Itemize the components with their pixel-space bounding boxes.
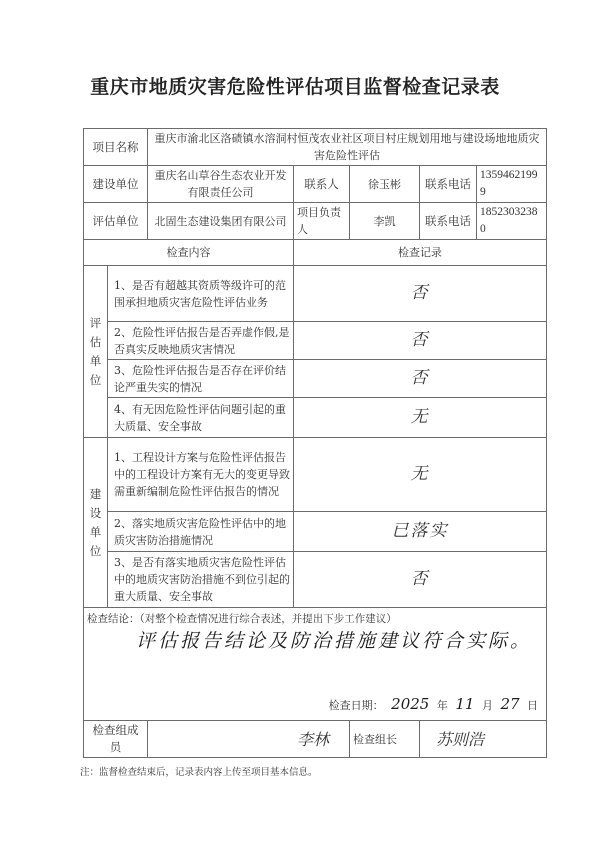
check-item-record: 否 bbox=[294, 266, 547, 322]
assessment-unit-value: 北固生态建设集团有限公司 bbox=[148, 203, 294, 240]
section-label-text: 建设单位 bbox=[90, 485, 102, 561]
document-title: 重庆市地质灾害危险性评估项目监督检查记录表 bbox=[0, 72, 590, 99]
check-item-row: 3、是否有落实地质灾害危险性评估中的地质灾害防治措施不到位引起的重大质量、安全事… bbox=[84, 552, 547, 608]
project-lead-label: 项目负责人 bbox=[294, 203, 350, 240]
date-year-unit: 年 bbox=[437, 699, 448, 712]
date-label: 检查日期： bbox=[329, 699, 384, 712]
members-signature: 李林 bbox=[148, 721, 350, 758]
check-item-content: 3、是否有落实地质灾害危险性评估中的地质灾害防治措施不到位引起的重大质量、安全事… bbox=[108, 552, 294, 608]
construction-phone-label: 联系电话 bbox=[420, 166, 477, 203]
check-item-content: 1、是否有超越其资质等级许可的范围承担地质灾害危险性评估业务 bbox=[108, 266, 294, 322]
conclusion-prompt: 检查结论：（对整个检查情况进行综合表述，并提出下步工作建议） bbox=[87, 611, 397, 628]
leader-label: 检查组长 bbox=[350, 721, 420, 758]
inspection-record-table: 项目名称 重庆市渝北区洛碛镇水溶洞村恒茂农业社区项目村庄规划用地与建设场地地质灾… bbox=[83, 128, 547, 758]
construction-unit-label: 建设单位 bbox=[84, 166, 148, 203]
date-month-unit: 月 bbox=[482, 699, 493, 712]
check-item-row: 评估单位 1、是否有超越其资质等级许可的范围承担地质灾害危险性评估业务 否 bbox=[84, 266, 547, 322]
construction-phone-value: 13594621999 bbox=[477, 166, 547, 203]
check-header-row: 检查内容 检查记录 bbox=[84, 240, 547, 266]
assessment-phone-label: 联系电话 bbox=[420, 203, 477, 240]
project-name-row: 项目名称 重庆市渝北区洛碛镇水溶洞村恒茂农业社区项目村庄规划用地与建设场地地质灾… bbox=[84, 129, 547, 166]
check-item-content: 2、危险性评估报告是否弄虚作假,是否真实反映地质灾害情况 bbox=[108, 322, 294, 360]
check-item-record: 否 bbox=[294, 322, 547, 360]
contact-person-value: 徐玉彬 bbox=[350, 166, 420, 203]
check-item-content: 2、落实地质灾害危险性评估中的地质灾害防治措施情况 bbox=[108, 512, 294, 552]
check-item-record: 已落实 bbox=[294, 512, 547, 552]
signature-row: 检查组成员 李林 检查组长 苏则浩 bbox=[84, 721, 547, 758]
check-item-record: 无 bbox=[294, 438, 547, 512]
check-item-row: 4、有无因危险性评估问题引起的重大质量、安全事故 无 bbox=[84, 398, 547, 438]
check-item-record: 无 bbox=[294, 398, 547, 438]
date-month: 11 bbox=[455, 695, 474, 713]
conclusion-handwritten-text: 评估报告结论及防治措施建议符合实际。 bbox=[136, 633, 532, 650]
construction-unit-value: 重庆名山草谷生态农业开发有限责任公司 bbox=[148, 166, 294, 203]
assessment-unit-row: 评估单位 北固生态建设集团有限公司 项目负责人 李凯 联系电话 18523032… bbox=[84, 203, 547, 240]
assessment-unit-label: 评估单位 bbox=[84, 203, 148, 240]
section-label-construction: 建设单位 bbox=[84, 438, 108, 608]
footnote: 注：监督检查结束后，记录表内容上传至项目基本信息。 bbox=[80, 764, 318, 778]
check-item-row: 2、落实地质灾害危险性评估中的地质灾害防治措施情况 已落实 bbox=[84, 512, 547, 552]
construction-unit-row: 建设单位 重庆名山草谷生态农业开发有限责任公司 联系人 徐玉彬 联系电话 135… bbox=[84, 166, 547, 203]
check-item-record: 否 bbox=[294, 360, 547, 398]
section-label-assessment: 评估单位 bbox=[84, 266, 108, 438]
check-item-content: 3、危险性评估报告是否存在评价结论严重失实的情况 bbox=[108, 360, 294, 398]
check-item-row: 2、危险性评估报告是否弄虚作假,是否真实反映地质灾害情况 否 bbox=[84, 322, 547, 360]
leader-signature: 苏则浩 bbox=[420, 721, 547, 758]
date-day: 27 bbox=[500, 695, 519, 713]
check-item-content: 4、有无因危险性评估问题引起的重大质量、安全事故 bbox=[108, 398, 294, 438]
conclusion-row: 检查结论：（对整个检查情况进行综合表述，并提出下步工作建议） 评估报告结论及防治… bbox=[84, 608, 547, 721]
inspection-date: 检查日期： 2025 年 11 月 27 日 bbox=[329, 696, 538, 714]
project-name-value: 重庆市渝北区洛碛镇水溶洞村恒茂农业社区项目村庄规划用地与建设场地地质灾害危险性评… bbox=[148, 129, 547, 166]
check-item-row: 3、危险性评估报告是否存在评价结论严重失实的情况 否 bbox=[84, 360, 547, 398]
check-item-content: 1、工程设计方案与危险性评估报告中的工程设计方案有无大的变更导致需重新编制危险性… bbox=[108, 438, 294, 512]
check-content-header: 检查内容 bbox=[84, 240, 294, 266]
members-label: 检查组成员 bbox=[84, 721, 148, 758]
assessment-phone-value: 18523032380 bbox=[477, 203, 547, 240]
section-label-text: 评估单位 bbox=[90, 314, 102, 390]
project-name-label: 项目名称 bbox=[84, 129, 148, 166]
check-record-header: 检查记录 bbox=[294, 240, 547, 266]
conclusion-cell: 检查结论：（对整个检查情况进行综合表述，并提出下步工作建议） 评估报告结论及防治… bbox=[84, 608, 547, 721]
date-year: 2025 bbox=[391, 695, 429, 713]
project-lead-value: 李凯 bbox=[350, 203, 420, 240]
check-item-row: 建设单位 1、工程设计方案与危险性评估报告中的工程设计方案有无大的变更导致需重新… bbox=[84, 438, 547, 512]
check-item-record: 否 bbox=[294, 552, 547, 608]
date-day-unit: 日 bbox=[527, 699, 538, 712]
contact-person-label: 联系人 bbox=[294, 166, 350, 203]
